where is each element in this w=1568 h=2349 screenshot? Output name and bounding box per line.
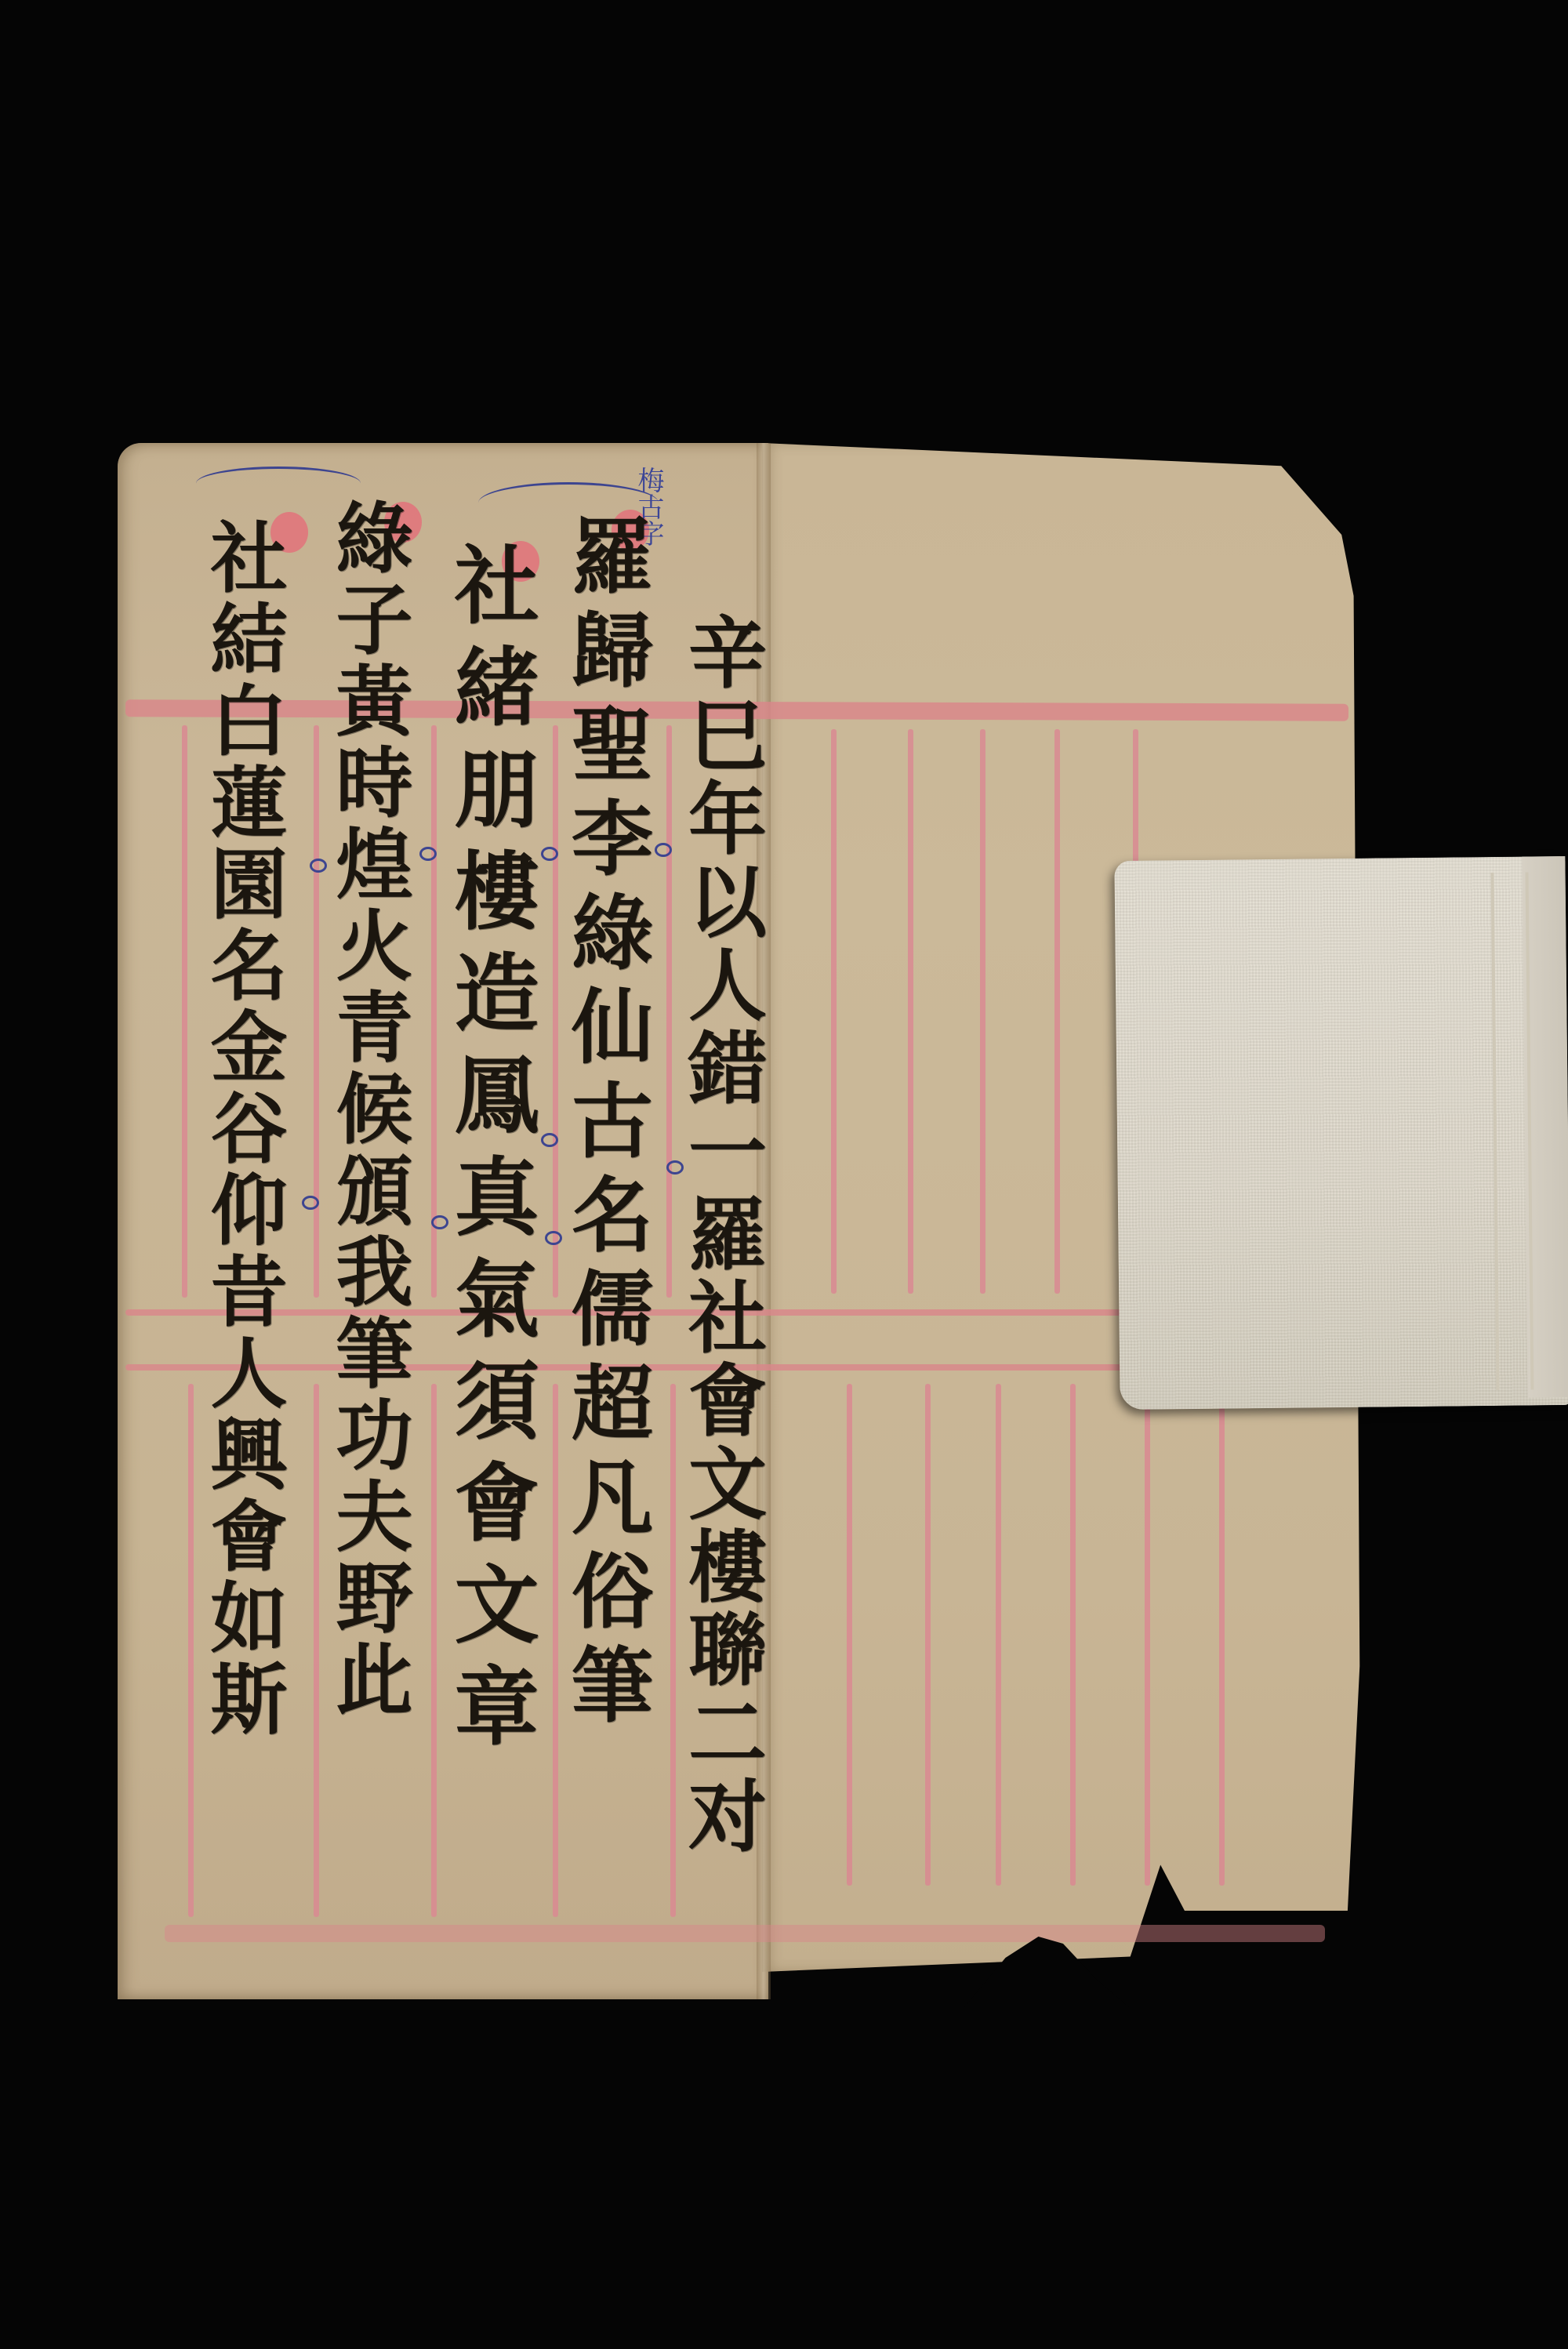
blue-pen-arc xyxy=(196,467,361,500)
blue-punctuation-mark xyxy=(541,1133,558,1147)
ruled-column-line xyxy=(996,1384,1001,1886)
ruled-column-line xyxy=(908,729,913,1294)
text-column-2: 羅歸聖李綠仙古名儒超凡俗筆 xyxy=(564,514,646,1737)
ruled-column-line xyxy=(1219,1384,1225,1886)
ruled-column-line xyxy=(831,729,837,1294)
blue-punctuation-mark xyxy=(655,843,672,857)
ruled-column-line xyxy=(188,1384,194,1917)
text-column-5: 社結白蓮園名金谷仰昔人興會如斯 xyxy=(204,517,281,1741)
ruled-column-line xyxy=(666,725,672,1298)
text-column-1: 辛巳年以人錯一羅社會文樓聯二对 xyxy=(682,612,760,1858)
blue-punctuation-mark xyxy=(541,847,558,861)
ruled-column-line xyxy=(925,1384,931,1886)
blue-punctuation-mark xyxy=(302,1196,319,1210)
ruled-column-line xyxy=(1054,729,1060,1294)
ruled-column-line xyxy=(1145,1384,1150,1886)
ruled-column-line xyxy=(431,1384,437,1917)
ruled-column-line xyxy=(314,1384,319,1917)
ruled-column-line xyxy=(182,725,187,1298)
ruled-band-bottom xyxy=(165,1925,1325,1942)
cloth-tie xyxy=(1114,856,1568,1410)
cloth-stitching xyxy=(1491,872,1534,1389)
ruled-column-line xyxy=(980,729,985,1294)
ruled-column-line xyxy=(431,725,437,1298)
blue-punctuation-mark xyxy=(419,847,437,861)
ruled-column-line xyxy=(847,1384,852,1886)
text-column-4: 綠子黃時煌火青候頒我筆功夫野此 xyxy=(329,498,406,1721)
text-column-3: 社緒朋樓造鳳真氣須會文章 xyxy=(447,541,532,1764)
ruled-column-line xyxy=(314,725,319,1298)
ruled-column-line xyxy=(1070,1384,1076,1886)
